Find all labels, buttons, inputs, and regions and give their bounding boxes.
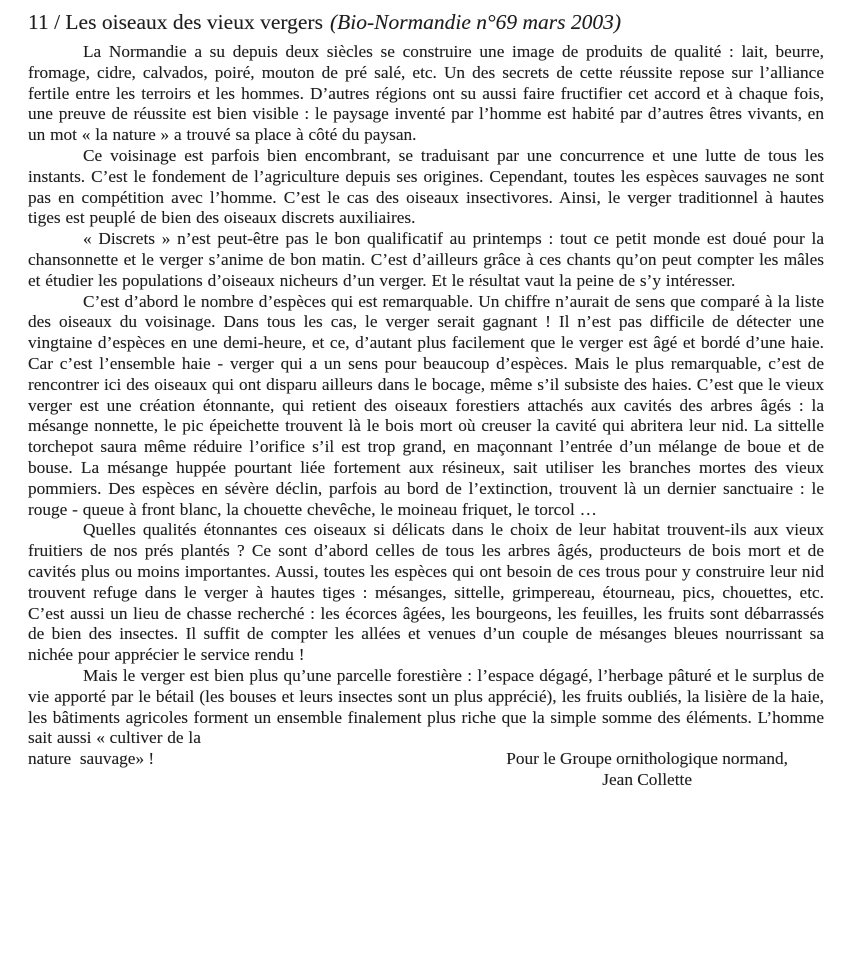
article-title-citation: (Bio-Normandie n°69 mars 2003) <box>330 10 621 34</box>
paragraph-1: La Normandie a su depuis deux siècles se… <box>28 42 824 146</box>
signature-author: Jean Collette <box>506 770 788 791</box>
article-title: 11 / Les oiseaux des vieux vergers(Bio-N… <box>28 9 824 35</box>
article-title-text: 11 / Les oiseaux des vieux vergers <box>28 10 323 34</box>
scanned-document: { "article": { "title": { "main": "11 / … <box>0 0 852 956</box>
paragraph-5: Quelles qualités étonnantes ces oiseaux … <box>28 520 824 666</box>
document-page: 11 / Les oiseaux des vieux vergers(Bio-N… <box>0 0 852 791</box>
signature-organization: Pour le Groupe ornithologique normand, <box>506 749 788 770</box>
paragraph-6: Mais le verger est bien plus qu’une parc… <box>28 666 824 749</box>
paragraph-6-last-line: nature sauvage» ! <box>28 749 154 770</box>
signature-block: Pour le Groupe ornithologique normand, J… <box>506 749 788 791</box>
paragraph-3: « Discrets » n’est peut-être pas le bon … <box>28 229 824 291</box>
paragraph-2: Ce voisinage est parfois bien encombrant… <box>28 146 824 229</box>
closing-row: nature sauvage» ! Pour le Groupe ornitho… <box>28 749 824 791</box>
paragraph-4: C’est d’abord le nombre d’espèces qui es… <box>28 292 824 521</box>
